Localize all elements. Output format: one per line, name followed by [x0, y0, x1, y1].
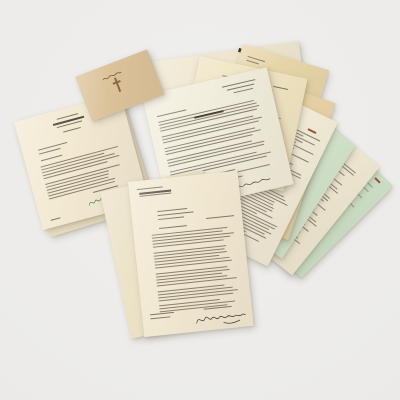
- typed-line: [273, 86, 288, 90]
- address-line: [158, 216, 184, 220]
- recipient-line: [150, 312, 174, 316]
- ink-signature: [194, 307, 247, 328]
- typed-line: [246, 60, 259, 65]
- salutation-line: [41, 155, 63, 162]
- date-line: [63, 127, 81, 133]
- date-line: [206, 215, 234, 219]
- salutation-line: [159, 225, 187, 229]
- red-check-mark: [374, 177, 380, 183]
- recipient-line: [150, 316, 170, 319]
- photo-caption: Photograph of a collection of vintage ty…: [0, 0, 1, 1]
- red-check-mark: [308, 128, 317, 134]
- address-line: [158, 211, 194, 216]
- date-line: [234, 88, 254, 93]
- letterhead-line: [137, 186, 163, 190]
- photo-stage: Photograph of a collection of vintage ty…: [0, 0, 400, 400]
- letter-front: [128, 171, 254, 338]
- typist-initials: [51, 217, 61, 221]
